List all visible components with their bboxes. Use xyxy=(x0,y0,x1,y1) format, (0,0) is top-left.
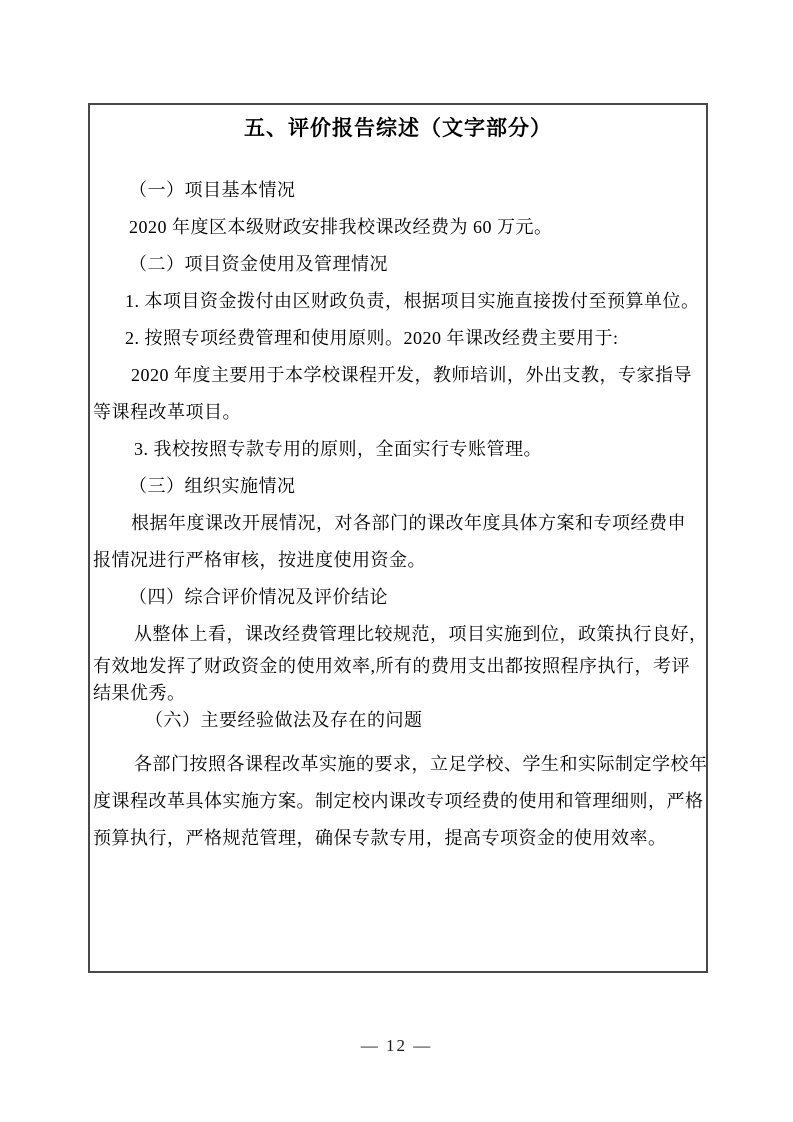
text-line: 度课程改革具体实施方案。制定校内课改专项经费的使用和管理细则，严格 xyxy=(93,783,703,820)
text-line: 等课程改革项目。 xyxy=(93,394,703,431)
page-number: — 12 — xyxy=(0,1036,793,1056)
text-line: 从整体上看，课改经费管理比较规范，项目实施到位，政策执行良好， xyxy=(93,616,703,653)
text-line: 各部门按照各课程改革实施的要求，立足学校、学生和实际制定学校年 xyxy=(93,746,703,783)
section-title: 五、评价报告综述（文字部分） xyxy=(90,115,706,143)
text-line: 报情况进行严格审核，按进度使用资金。 xyxy=(93,542,703,579)
text-line: 3. 我校按照专款专用的原则，全面实行专账管理。 xyxy=(93,431,703,468)
text-line: 预算执行，严格规范管理，确保专款专用，提高专项资金的使用效率。 xyxy=(93,820,703,857)
document-body: （一）项目基本情况2020 年度区本级财政安排我校课改经费为 60 万元。（二）… xyxy=(90,172,706,857)
text-line: 1. 本项目资金拨付由区财政负责，根据项目实施直接拨付至预算单位。 xyxy=(93,283,703,320)
text-line: （一）项目基本情况 xyxy=(93,172,703,209)
text-line: （三）组织实施情况 xyxy=(93,468,703,505)
text-line: 根据年度课改开展情况，对各部门的课改年度具体方案和专项经费申 xyxy=(93,505,703,542)
text-line: （二）项目资金使用及管理情况 xyxy=(93,246,703,283)
text-line: （四）综合评价情况及评价结论 xyxy=(93,579,703,616)
text-line: 2020 年度区本级财政安排我校课改经费为 60 万元。 xyxy=(93,209,703,246)
text-line: 2. 按照专项经费管理和使用原则。2020 年课改经费主要用于: xyxy=(93,320,703,357)
text-line: （六）主要经验做法及存在的问题 xyxy=(93,707,703,734)
text-line: 2020 年度主要用于本学校课程开发，教师培训，外出支教，专家指导 xyxy=(93,357,703,394)
text-line: 结果优秀。 xyxy=(93,680,703,707)
document-border-box: 五、评价报告综述（文字部分） （一）项目基本情况2020 年度区本级财政安排我校… xyxy=(88,103,708,973)
text-line: 有效地发挥了财政资金的使用效率,所有的费用支出都按照程序执行，考评 xyxy=(93,653,703,680)
document-page: { "document": { "title": "五、评价报告综述（文字部分）… xyxy=(0,0,793,1122)
